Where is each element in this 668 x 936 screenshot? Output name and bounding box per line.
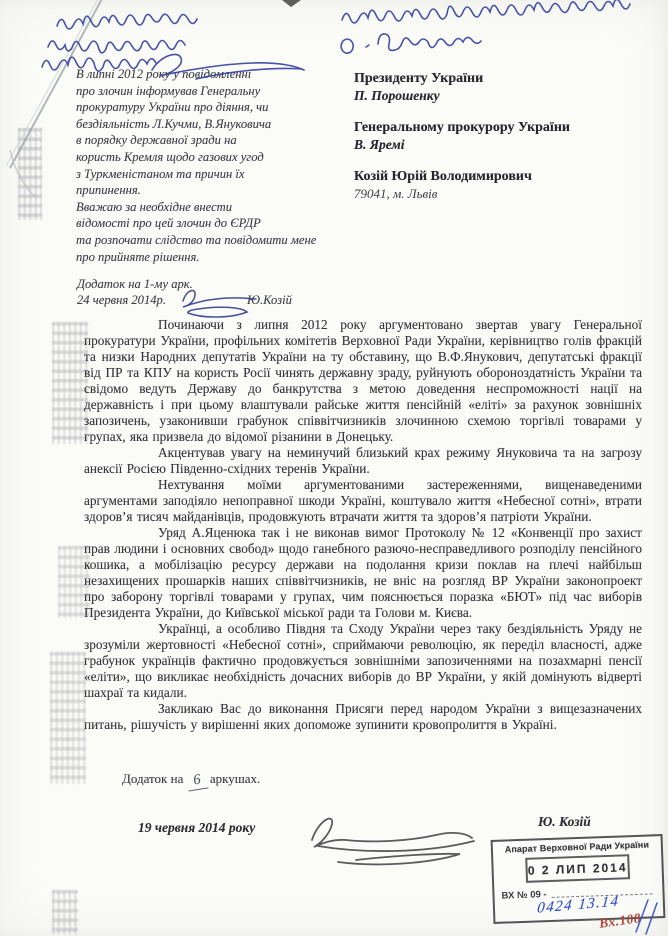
stamp-organization: Апарат Верховної Ради України [493, 839, 661, 855]
signature-flourish [338, 854, 460, 865]
margin-note-line: Вважаю за необхідне внести [76, 199, 316, 216]
margin-attachment-line: Додаток на 1-му арк. [77, 277, 193, 292]
margin-note-line: прокуратуру України про діяння, чи [76, 99, 316, 116]
attachment-prefix: Додаток на [122, 771, 183, 786]
signature-flourish [318, 841, 474, 851]
margin-note-block: В липні 2012 року у повідомленні про зло… [76, 66, 316, 265]
margin-note-line: відомості про цей злочин до ЄРДР [76, 215, 316, 232]
scan-artifact [50, 652, 86, 784]
margin-date-line: 24 червня 2014р. Ю.Козій [77, 293, 357, 308]
addressee-prosecutor-name: В. Яремі [354, 136, 570, 153]
attachment-suffix: аркушах. [210, 771, 260, 786]
attachment-line: Додаток на 6 аркушах. [122, 771, 260, 789]
sender-name: Козій Юрій Володимирович [354, 168, 570, 185]
handwritten-note-top-right [341, 0, 630, 53]
scan-artifact [52, 322, 88, 444]
stamp-date: 0 2 ЛИП 2014 [525, 854, 630, 883]
margin-note-line: про злочин інформував Генеральну [76, 83, 316, 100]
addressee-prosecutor-title: Генеральному прокурору України [354, 119, 570, 136]
letter-date: 19 червня 2014 року [138, 820, 255, 836]
margin-note-line: про прийняте рішення. [76, 249, 316, 266]
addressee-president-title: Президенту України [354, 70, 570, 87]
scan-corner-mark [282, 0, 301, 7]
scan-artifact [18, 128, 42, 220]
body-paragraph: Закликаю Вас до виконання Присяги перед … [84, 701, 642, 733]
signature-flourish [188, 307, 247, 317]
margin-note-line: В липні 2012 року у повідомленні [76, 66, 316, 83]
handwriting-line [341, 39, 353, 53]
margin-note-line: користь Кремля щодо газових угод [76, 149, 316, 166]
margin-note-line: та розпочати слідство та повідомити мене [76, 232, 316, 249]
signature-flourish [312, 819, 472, 847]
margin-signer: Ю.Козій [247, 293, 292, 308]
handwriting-line [342, 0, 630, 23]
sender-address: 79041, м. Львів [354, 185, 570, 202]
body-paragraph: Акцентував увагу на неминучий близький к… [84, 445, 642, 477]
bottom-signature [312, 819, 474, 865]
addressee-block: Президенту України П. Порошенку Генераль… [354, 70, 570, 202]
body-paragraph: Українці, а особливо Півдня та Сходу Укр… [84, 621, 642, 701]
margin-date: 24 червня 2014р. [77, 293, 166, 307]
margin-note-line: з Туркменістаном та причин їх [76, 166, 316, 183]
margin-note-line: в порядку державної зради на [76, 132, 316, 149]
letter-body: Починаючи з липня 2012 року аргументован… [84, 317, 642, 733]
handwriting-line [378, 34, 481, 50]
body-paragraph: Починаючи з липня 2012 року аргументован… [84, 317, 642, 445]
margin-note-line: бездіяльність Л.Кучми, В.Януковича [76, 116, 316, 133]
scanned-letter-page: В липні 2012 року у повідомленні про зло… [0, 0, 668, 936]
body-paragraph: Нехтування моїми аргументованими застере… [84, 477, 642, 525]
handwriting-line [366, 45, 369, 47]
scan-artifact [52, 890, 78, 934]
letter-signer: Ю. Козій [538, 814, 591, 830]
addressee-president-name: П. Порошенку [354, 87, 570, 104]
margin-note-line: припинення. [76, 182, 316, 199]
body-paragraph: Уряд А.Яценюка так і не виконав вимог Пр… [84, 525, 642, 621]
handwriting-line [48, 41, 185, 53]
attachment-count-handwritten: 6 [185, 771, 208, 792]
handwriting-line [57, 14, 197, 29]
